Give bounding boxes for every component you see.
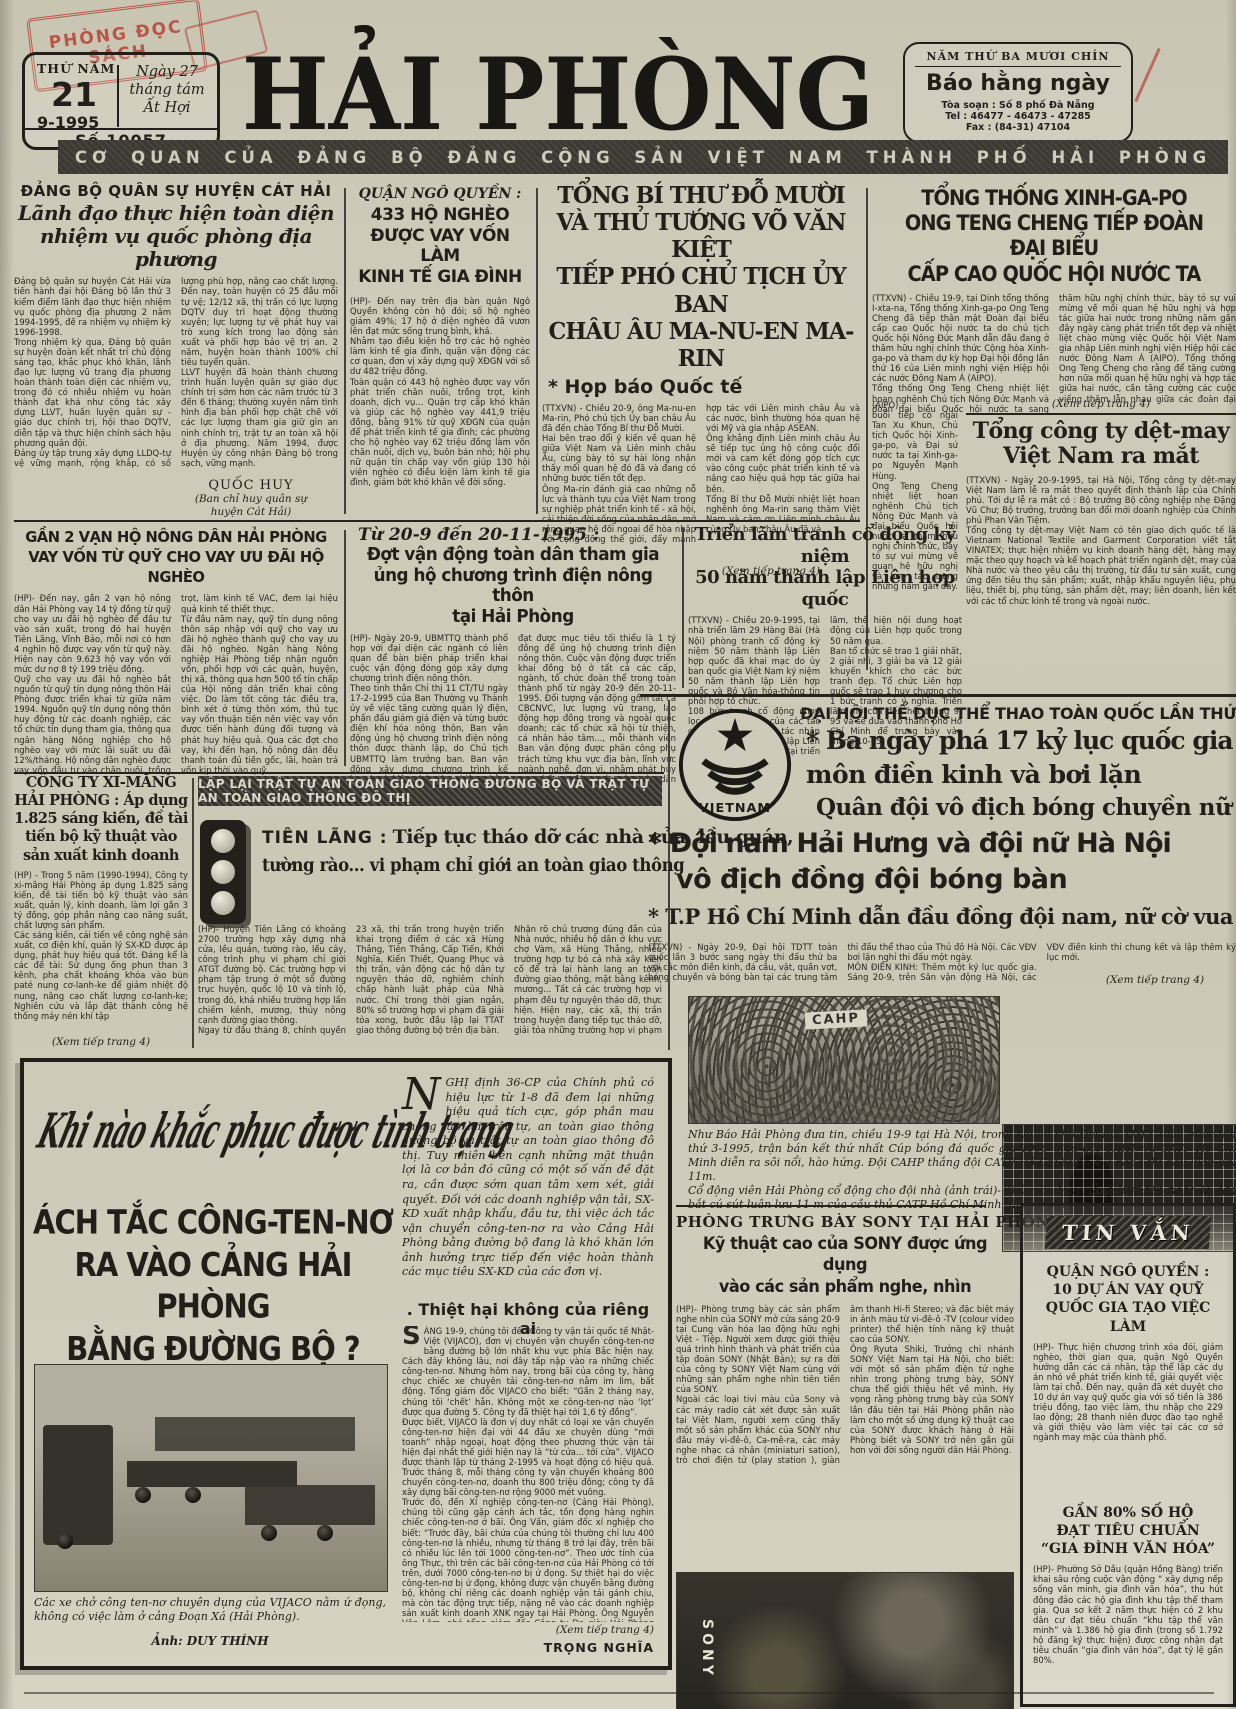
column-rule <box>192 778 194 1048</box>
fax-line: Fax : (84-31) 47104 <box>915 122 1121 133</box>
column-rule <box>536 188 538 514</box>
fans-banner-text: CAHP <box>805 1009 868 1029</box>
article-subhead: * Họp báo Quốc tế <box>548 376 860 398</box>
article-headline-1: Tiếp tục tháo dỡ các nhà cửa, lều quán, <box>393 826 794 848</box>
article-headline-2: tường rào... vi phạm chỉ giới an toàn gi… <box>262 856 684 876</box>
article-intro: NGHỊ định 36-CP của Chính phủ có hiệu lự… <box>402 1076 654 1280</box>
continued-note: (Xem tiếp trang 4) <box>454 1624 654 1636</box>
address-line: Tòa soạn : Số 8 phố Đà Nẵng <box>915 100 1121 111</box>
lunar-date: Ngày 27 tháng tám Ất Hợi <box>121 63 213 117</box>
logo-text: VIETNAM <box>699 801 771 816</box>
article-headline: 433 HỘ NGHÈO ĐƯỢC VAY VỐN LÀM KINH TẾ GI… <box>350 205 530 288</box>
wheel-shape <box>185 1487 201 1503</box>
article-byline: QUỐC HUY <box>164 478 338 493</box>
article-headline: TỔNG BÍ THƯ ĐỖ MƯỜI VÀ THỦ TƯỚNG VÕ VĂN … <box>547 182 855 372</box>
continued-note: (Xem tiếp trang 4) <box>1080 974 1230 986</box>
article-body: (HP)- Huyện Tiên Lãng có khoảng 2700 trư… <box>198 924 662 1044</box>
wheel-shape <box>261 1525 277 1541</box>
column-rule <box>344 188 346 514</box>
sony-sign-text: SONY <box>699 1619 715 1679</box>
bottom-rule <box>24 1692 1214 1694</box>
photo-sony-showroom: SONY <box>676 1572 1014 1709</box>
traffic-lamp-green <box>211 891 235 915</box>
sports-headline-2: Quân đội vô địch bóng chuyền nữ <box>816 794 1236 821</box>
photo-credit: Ảnh: DUY THÍNH <box>34 1634 386 1648</box>
divider <box>676 1205 986 1207</box>
article-xinh-ga-po: TỔNG THỐNG XINH-GA-PO ONG TENG CHENG TIẾ… <box>872 186 1236 396</box>
article-sony: PHÒNG TRƯNG BÀY SONY TẠI HẢI PHÒNG : Kỹ … <box>676 1205 1014 1705</box>
continued-note: (Xem tiếp trang 4) <box>14 1036 188 1048</box>
day-number: 21 <box>51 75 97 114</box>
daily-label: Báo hằng ngày <box>915 71 1121 96</box>
sports-headline-3b: vô địch đồng đội bóng bàn <box>676 864 1236 895</box>
article-byline: TRỌNG NGHĨA <box>454 1640 654 1655</box>
article-kicker: QUẬN NGÔ QUYỀN : <box>350 186 530 202</box>
article-headline: GẦN 2 VẠN HỘ NÔNG DÂN HẢI PHÒNG VAY VỐN … <box>22 527 330 587</box>
article-headline: Kỹ thuật cao của SONY được ứng dụng vào … <box>684 1234 1005 1298</box>
vietnam-games-logo-icon: VIETNAM <box>676 706 794 824</box>
weekday-label: THỨ NĂM <box>37 61 115 76</box>
organ-banner: CƠ QUAN CỦA ĐẢNG BỘ ĐẢNG CỘNG SẢN VIỆT N… <box>58 140 1228 174</box>
trailer-shape <box>155 1417 355 1451</box>
wheel-shape <box>135 1487 151 1503</box>
article-xi-mang: CÔNG TY XI-MĂNG HẢI PHÒNG : Áp dụng 1.82… <box>14 774 188 1050</box>
article-headline-row: TIÊN LÃNG : Tiếp tục tháo dỡ các nhà cửa… <box>262 826 793 848</box>
wheel-shape <box>57 1533 73 1549</box>
newspaper-title: HẢI PHÒNG <box>205 36 911 153</box>
article-body: SÁNG 19-9, chúng tôi đến Công ty vận tải… <box>402 1326 654 1622</box>
article-ngo-quyen-433: QUẬN NGÔ QUYỀN : 433 HỘ NGHÈO ĐƯỢC VAY V… <box>350 186 530 516</box>
date-box-divider <box>117 65 119 127</box>
article-headline: Đợt vận động toàn dân tham gia ủng hộ ch… <box>357 545 670 628</box>
article-byline-org: (Ban chỉ huy quân sự huyện Cát Hải) <box>164 493 338 518</box>
article-container-congestion: Khi nào khắc phục được tình trạng ÁCH TẮ… <box>20 1058 672 1670</box>
news-briefs-header-wrap: TIN VẮN <box>1023 1216 1233 1249</box>
continued-note: (Xem tiếp trang 4) <box>966 398 1236 410</box>
article-nong-dan-vay-von: GẦN 2 VẠN HỘ NÔNG DÂN HẢI PHÒNG VAY VỐN … <box>14 527 338 770</box>
article-body: (HP)- Phòng trưng bày các sản phẩm nghe … <box>676 1304 1014 1566</box>
brief-2-body: (HP)- Phường Sở Dầu (quận Hồng Bàng) tri… <box>1033 1564 1223 1709</box>
article-headline: Triển lãm tranh cổ động kỷ niệm 50 năm t… <box>688 524 962 610</box>
date-box: THỨ NĂM 21 9-1995 Ngày 27 tháng tám Ất H… <box>22 52 220 150</box>
article-cat-hai: ĐẢNG BỘ QUÂN SỰ HUYỆN CÁT HẢI Lãnh đạo t… <box>14 182 338 517</box>
sports-kicker: ĐẠI HỘI THỂ DỤC THỂ THAO TOÀN QUỐC LẦN T… <box>800 704 1236 723</box>
column-rule <box>682 528 684 688</box>
publisher-box: NĂM THỨ BA MƯƠI CHÍN Báo hằng ngày Tòa s… <box>903 42 1133 143</box>
traffic-light-icon <box>200 820 246 924</box>
truck-cab-shape <box>43 1425 113 1545</box>
article-body: Đảng bộ quân sự huyện Cát Hải vừa tiến h… <box>14 276 338 474</box>
news-briefs-box: TIN VẮN QUẬN NGÔ QUYỀN : 10 DỰ ÁN VAY QU… <box>1020 1203 1236 1707</box>
article-dien-nong-thon: Từ 20-9 đến 20-11-1995 : Đợt vận động to… <box>350 525 676 773</box>
trailer-shape <box>245 1485 375 1525</box>
article-body: (TTXVN) - Ngày 20-9-1995, tại Hà Nội, Tổ… <box>966 475 1236 661</box>
article-kicker: ĐẢNG BỘ QUÂN SỰ HUYỆN CÁT HẢI <box>14 182 338 200</box>
brief-1-headline: QUẬN NGÔ QUYỀN : 10 DỰ ÁN VAY QUỸ QUỐC G… <box>1031 1263 1225 1336</box>
traffic-order-banner: LẬP LẠI TRẬT TỰ AN TOÀN GIAO THÔNG ĐƯỜNG… <box>198 776 662 806</box>
brief-2-headline: GẦN 80% SỐ HỘ ĐẠT TIÊU CHUẨN “GIA ĐÌNH V… <box>1031 1504 1225 1559</box>
article-headline: Lãnh đạo thực hiện toàn diện nhiệm vụ qu… <box>14 202 338 270</box>
article-kicker: Từ 20-9 đến 20-11-1995 : <box>358 525 676 545</box>
sports-rule <box>640 694 1236 697</box>
sports-headline-1b: môn điền kinh và bơi lặn <box>806 760 1236 789</box>
red-pen-mark <box>1134 48 1160 102</box>
photo-container-trucks <box>34 1364 388 1592</box>
article-headline: ÁCH TẮC CÔNG-TEN-NƠ RA VÀO CẢNG HẢI PHÒN… <box>32 1202 394 1371</box>
article-headline: TỔNG THỐNG XINH-GA-PO ONG TENG CHENG TIẾ… <box>887 186 1222 287</box>
sports-headline-1a: * Ba ngày phá 17 kỷ lục quốc gia <box>806 726 1236 755</box>
photo-caption: Các xe chở công ten-nơ chuyên dụng của V… <box>34 1596 386 1624</box>
sports-photo-credit: Ảnh: TRẦN SAN và AN <box>940 1184 1236 1198</box>
article-body: (HP) - Trong 5 năm (1990-1994), Công ty … <box>14 870 188 1032</box>
sports-photo-caption: Như Báo Hải Phòng đưa tin, chiều 19-9 tạ… <box>688 1128 1236 1212</box>
article-headline: Tổng công ty dệt-may Việt Nam ra mắt <box>966 419 1236 470</box>
article-body: (HP)- Đến nay trên địa bàn quận Ngô Quyề… <box>350 296 530 534</box>
article-kicker: TIÊN LÃNG : <box>262 828 388 848</box>
tel-line: Tel : 46477 - 46473 - 47285 <box>915 111 1121 122</box>
article-kicker: PHÒNG TRƯNG BÀY SONY TẠI HẢI PHÒNG : <box>676 1213 1014 1231</box>
traffic-lamp-red <box>211 829 235 853</box>
article-tien-lang: TIÊN LÃNG : Tiếp tục tháo dỡ các nhà cửa… <box>198 812 662 1048</box>
sports-headline-4: * T.P Hồ Chí Minh dẫn đầu đồng đội nam, … <box>648 904 1236 929</box>
brief-1-body: (HP)- Thực hiện chương trình xóa đói, gi… <box>1033 1342 1223 1492</box>
article-headline: CÔNG TY XI-MĂNG HẢI PHÒNG : Áp dụng 1.82… <box>14 774 188 865</box>
article-det-may: (Xem tiếp trang 4) Tổng công ty dệt-may … <box>966 398 1236 668</box>
sports-games-logo: VIETNAM <box>676 706 794 824</box>
photo-football-fans: CAHP <box>688 996 1000 1124</box>
trailer-shape <box>127 1461 297 1487</box>
column-rule <box>344 530 346 766</box>
news-briefs-title: TIN VẮN <box>1045 1216 1211 1249</box>
divider <box>966 413 1236 415</box>
newspaper-front-page: PHÒNG ĐỌC SÁCH THỨ NĂM 21 9-1995 Ngày 27… <box>0 0 1236 1709</box>
article-body: (HP)- Ngày 20-9, UBMTTQ thành phố họp vớ… <box>350 633 676 785</box>
traffic-lamp-yellow <box>211 860 235 884</box>
section-rule <box>14 520 860 522</box>
wheel-shape <box>317 1525 333 1541</box>
article-body: (HP)- Đến nay, gần 2 vạn hộ nông dân Hải… <box>14 593 338 785</box>
article-do-muoi: TỔNG BÍ THƯ ĐỖ MƯỜI VÀ THỦ TƯỚNG VÕ VĂN … <box>542 182 860 517</box>
year-line: NĂM THỨ BA MƯƠI CHÍN <box>915 50 1121 67</box>
